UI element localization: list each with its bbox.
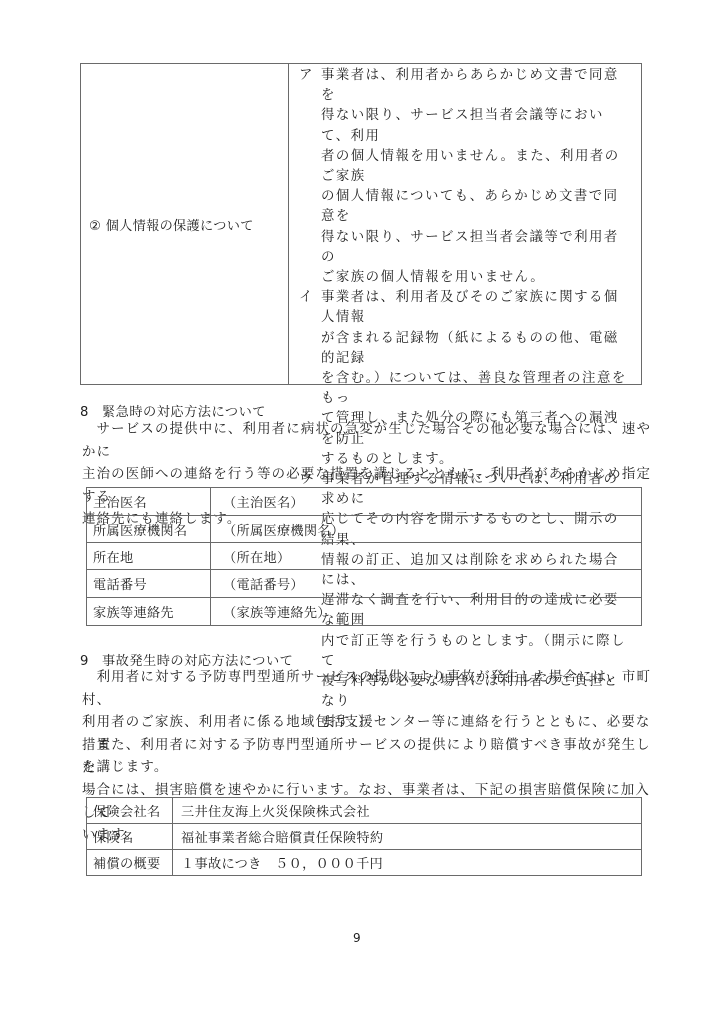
privacy-content-cell: ア 事業者は、利用者からあらかじめ文書で同意を 得ない限り、サービス担当者会議等… (289, 64, 641, 384)
section-number: 8 (80, 405, 102, 420)
insurance-table: 保険会社名 三井住友海上火災保険株式会社 保険名 福祉事業者総合賠償責任保険特約… (86, 797, 642, 876)
table-row: 補償の概要 １事故につき ５０，０００千円 (87, 850, 642, 876)
row-label: 所在地 (87, 543, 211, 570)
table-row: 所在地 （所在地） (87, 543, 642, 570)
privacy-label-cell: ② 個人情報の保護について (81, 64, 289, 384)
row-label: 主治医名 (87, 488, 211, 516)
row-label: 所属医療機関名 (87, 516, 211, 543)
row-label: 保険名 (87, 824, 173, 850)
table-row: 電話番号 （電話番号） (87, 570, 642, 598)
table-row: 主治医名 （主治医名） (87, 488, 642, 516)
section-8-heading: 8緊急時の対応方法について (80, 401, 266, 420)
row-value: １事故につき ５０，０００千円 (173, 850, 642, 876)
emergency-contact-table: 主治医名 （主治医名） 所属医療機関名 （所属医療機関名） 所在地 （所在地） … (86, 487, 642, 626)
table-row: 保険会社名 三井住友海上火災保険株式会社 (87, 798, 642, 824)
section-title: 緊急時の対応方法について (102, 405, 266, 420)
privacy-protection-table: ② 個人情報の保護について ア 事業者は、利用者からあらかじめ文書で同意を 得な… (80, 63, 642, 385)
privacy-item-a: ア 事業者は、利用者からあらかじめ文書で同意を 得ない限り、サービス担当者会議等… (299, 66, 631, 288)
row-label: 保険会社名 (87, 798, 173, 824)
row-value: （所在地） (211, 543, 642, 570)
item-text: 事業者は、利用者からあらかじめ文書で同意を 得ない限り、サービス担当者会議等にお… (321, 66, 631, 288)
item-marker: ア (299, 66, 321, 288)
row-value: 福祉事業者総合賠償責任保険特約 (173, 824, 642, 850)
page-number: 9 (353, 931, 361, 945)
row-value: （電話番号） (211, 570, 642, 598)
row-value: （家族等連絡先） (211, 598, 642, 626)
table-row: 所属医療機関名 （所属医療機関名） (87, 516, 642, 543)
row-value: （所属医療機関名） (211, 516, 642, 543)
table-row: 家族等連絡先 （家族等連絡先） (87, 598, 642, 626)
row-value: 三井住友海上火災保険株式会社 (173, 798, 642, 824)
row-value: （主治医名） (211, 488, 642, 516)
row-label: 電話番号 (87, 570, 211, 598)
privacy-label: ② 個人情報の保護について (89, 215, 254, 234)
row-label: 補償の概要 (87, 850, 173, 876)
row-label: 家族等連絡先 (87, 598, 211, 626)
table-row: 保険名 福祉事業者総合賠償責任保険特約 (87, 824, 642, 850)
